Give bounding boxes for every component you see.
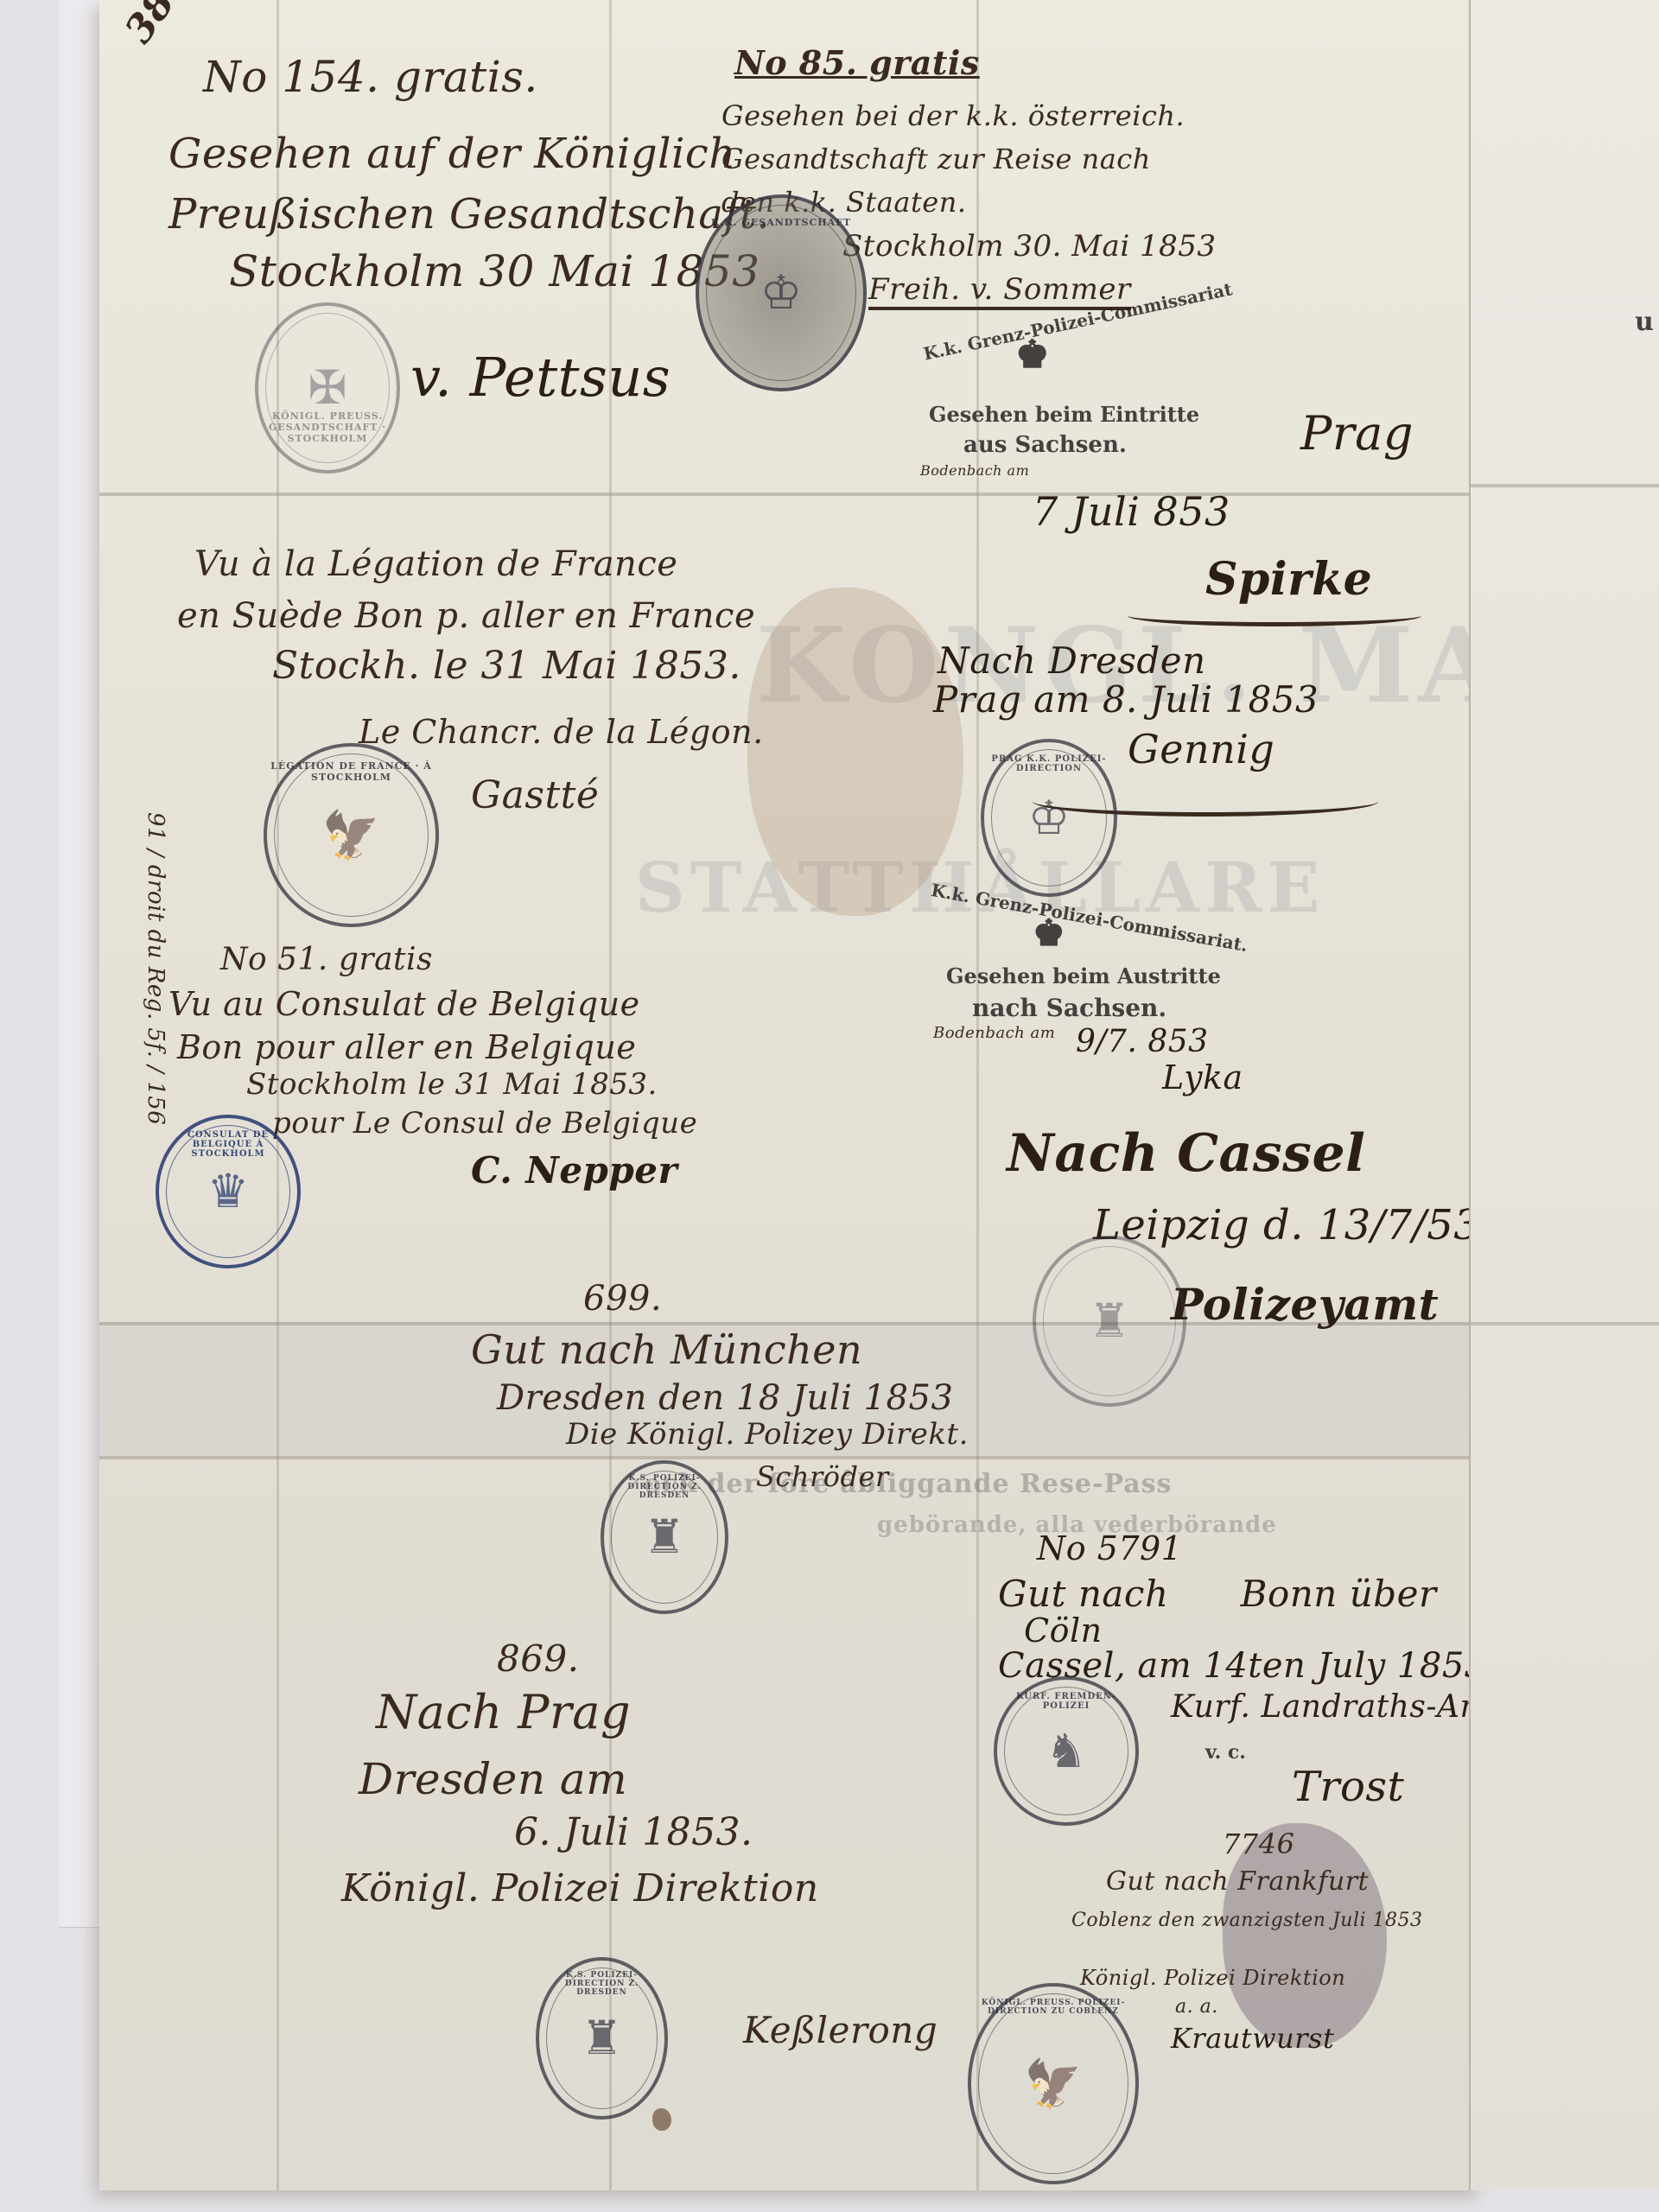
passport-document: KONGL. MAJ:TS STATTHÅLLARE ock der före …	[99, 0, 1482, 2190]
visa-text-line: Bon pour aller en Belgique	[177, 1028, 636, 1066]
office-name: Kurf. Landraths-Amt	[1171, 1689, 1503, 1725]
crown-icon: ♚	[1015, 333, 1049, 377]
double-eagle-icon: ♔	[760, 270, 802, 316]
signature: Prag	[1300, 406, 1414, 461]
visa-text-line: Gut nach Frankfurt	[1106, 1866, 1369, 1897]
eagle-icon: 🦅	[1024, 2061, 1082, 2107]
austrian-legation-seal: ♔ K.K. GESANDTSCHAFT	[696, 194, 867, 391]
visa-date: Stockholm 30. Mai 1853	[842, 229, 1217, 264]
signature: v. Pettsus	[410, 346, 671, 409]
visa-date: Leipzig d. 13/7/53.	[1093, 1201, 1494, 1249]
office-name: Königl. Polizei Direktion	[341, 1866, 819, 1910]
crest-icon: ♜	[1089, 1298, 1130, 1344]
eagle-icon: ✠	[308, 365, 346, 411]
visa-text-line: Nach Dresden	[938, 639, 1206, 682]
visa-title: Le Chancr. de la Légon.	[359, 713, 764, 751]
visa-text-line: Preußischen Gesandtschaft.	[168, 190, 770, 238]
dresden-police-stamp: ♜ K.S. POLIZEI-DIRECTION Z. DRESDEN	[601, 1460, 728, 1614]
fold-line	[1471, 1322, 1659, 1325]
fold-line	[976, 0, 979, 2190]
stamp-text: aus Sachsen.	[963, 432, 1127, 458]
signature-flourish	[1128, 605, 1421, 626]
cassel-foreigners-police-stamp: ♞ KURF. FREMDEN-POLIZEI	[994, 1676, 1139, 1826]
dresden-police-stamp: ♜ K.S. POLIZEI-DIRECTION Z. DRESDEN	[536, 1957, 668, 2120]
belgian-consulate-stamp: ♛ CONSULAT DE BELGIQUE À STOCKHOLM	[156, 1115, 301, 1268]
visa-text-line: Gut nach Bonn über	[998, 1573, 1437, 1615]
visa-date: Stockholm 30 Mai 1853	[229, 246, 760, 296]
prag-police-stamp: ♔ PRAG K.K. POLIZEI-DIRECTION	[981, 739, 1117, 897]
signature: Schröder	[756, 1460, 889, 1493]
visa-text-line: Vu au Consulat de Belgique	[168, 985, 640, 1023]
visa-text-line: pour Le Consul de Belgique	[272, 1106, 697, 1141]
adjacent-page: u	[1469, 0, 1659, 2190]
entry-number: No 85. gratis	[734, 43, 980, 82]
signature: C. Nepper	[471, 1149, 677, 1192]
visa-text-line: Dresden am	[359, 1754, 627, 1804]
stamp-text: Gesehen beim Austritte	[946, 963, 1221, 988]
signature: Freih. v. Sommer	[868, 272, 1131, 310]
visa-date: Coblenz den zwanzigsten Juli 1853	[1071, 1910, 1423, 1931]
visa-text-line: Die Königl. Polizey Direkt.	[566, 1417, 969, 1452]
crown-icon: ♚	[1033, 912, 1065, 954]
fold-line	[1471, 484, 1659, 487]
visa-text-line: Gesehen bei der k.k. österreich.	[721, 99, 1185, 132]
visa-text-line: en Suède Bon p. aller en France	[177, 596, 755, 636]
entry-number: 869.	[497, 1637, 580, 1680]
double-eagle-icon: ♔	[1028, 795, 1070, 842]
signature: Lyka	[1162, 1058, 1243, 1096]
entry-number: 7746	[1223, 1827, 1294, 1860]
signature: Polizeyamt	[1171, 1279, 1439, 1330]
office-name: Königl. Polizei Direktion	[1080, 1966, 1345, 1990]
signature: Keßlerong	[743, 2009, 938, 2051]
signature: Gastté	[471, 773, 599, 817]
visa-date: Prag am 8. Juli 1853	[933, 678, 1319, 721]
visa-text-line: Nach Cassel	[1007, 1123, 1365, 1184]
ink-spot	[652, 2108, 671, 2131]
lion-icon: ♞	[1046, 1728, 1087, 1775]
saxon-crest-icon: ♜	[644, 1514, 685, 1560]
visa-text-line: Gesandtschaft zur Reise nach	[721, 143, 1151, 175]
saxon-crest-icon: ♜	[581, 2015, 622, 2062]
entry-number: No 51. gratis	[220, 942, 433, 977]
visa-text-line: Nach Prag	[376, 1685, 631, 1739]
visa-text-line: Gesehen auf der Königlich	[168, 130, 736, 178]
signature: Trost	[1292, 1763, 1404, 1811]
leipzig-police-stamp: ♜	[1033, 1236, 1186, 1407]
visa-date: Stockh. le 31 Mai 1853.	[272, 644, 741, 688]
corner-number: 3864.	[117, 0, 222, 51]
lion-crest-icon: ♛	[207, 1168, 249, 1215]
stamp-place: Bodenbach am	[920, 462, 1029, 479]
entry-number: 699.	[583, 1279, 662, 1319]
fold-line	[99, 493, 1482, 496]
visa-date: 7 Juli 853	[1033, 488, 1230, 535]
visa-date: 9/7. 853	[1076, 1024, 1209, 1059]
aa-mark: a. a.	[1175, 1996, 1218, 2018]
entry-number: No 5791	[1037, 1529, 1182, 1567]
visa-text-line: Cöln	[1024, 1611, 1103, 1649]
visa-text-line: Vu à la Légation de France	[194, 544, 677, 584]
signature: Spirke	[1205, 553, 1372, 606]
visa-date: Stockholm le 31 Mai 1853.	[246, 1067, 658, 1102]
prussian-legation-stamp: ✠ KÖNIGL. PREUSS. GESANDTSCHAFT · STOCKH…	[255, 302, 400, 474]
stamp-text: nach Sachsen.	[972, 994, 1166, 1022]
eagle-icon: 🦅	[322, 812, 380, 859]
margin-note: 91 / droit du Reg. 5f. / 156	[143, 812, 168, 1125]
coblenz-police-stamp: 🦅 KÖNIGL. PREUSS. POLIZEI-DIRECTION ZU C…	[968, 1983, 1139, 2184]
signature: Gennig	[1128, 726, 1274, 772]
french-legation-stamp: 🦅 LÉGATION DE FRANCE · À STOCKHOLM	[264, 743, 439, 927]
vc-mark: v. c.	[1205, 1741, 1246, 1764]
visa-date: Dresden den 18 Juli 1853	[497, 1378, 953, 1418]
fold-line	[99, 1456, 1482, 1459]
stamp-text: Gesehen beim Eintritte	[929, 402, 1199, 427]
visa-text-line: Gut nach München	[471, 1326, 862, 1373]
signature: Krautwurst	[1171, 2022, 1334, 2055]
entry-number: No 154. gratis.	[203, 52, 538, 102]
page-fragment-text: u	[1635, 307, 1654, 337]
visa-date: 6. Juli 1853.	[514, 1810, 753, 1854]
stamp-place: Bodenbach am	[933, 1024, 1055, 1042]
